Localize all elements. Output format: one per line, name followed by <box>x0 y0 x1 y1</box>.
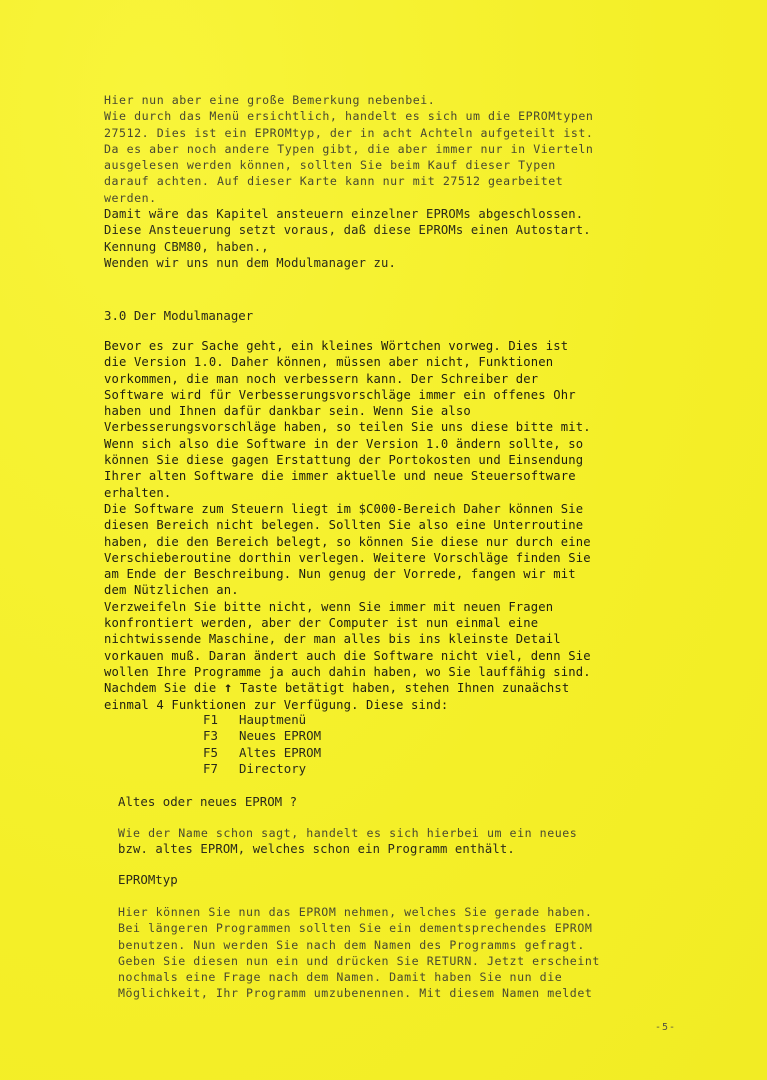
function-key-item: F7Directory <box>203 761 321 777</box>
text-line: Wenden wir uns nun dem Modulmanager zu. <box>104 255 593 271</box>
function-key-description: Directory <box>239 761 306 776</box>
text-line: am Ende der Beschreibung. Nun genug der … <box>104 566 591 582</box>
text-line: 27512. Dies ist ein EPROMtyp, der in ach… <box>104 125 593 141</box>
function-key-label: F1 <box>203 712 239 728</box>
text-line: können Sie diese gagen Erstattung der Po… <box>104 452 591 468</box>
text-line: Hier nun aber eine große Bemerkung neben… <box>104 92 593 108</box>
text-line: vorkauen muß. Daran ändert auch die Soft… <box>104 648 591 664</box>
text-line: Möglichkeit, Ihr Programm umzubenennen. … <box>118 985 600 1001</box>
function-key-label: F7 <box>203 761 239 777</box>
text-line: haben, die den Bereich belegt, so können… <box>104 534 591 550</box>
function-key-item: F5Altes EPROM <box>203 745 321 761</box>
text-line: Hier können Sie nun das EPROM nehmen, we… <box>118 904 600 920</box>
page-number: -5- <box>655 1022 676 1033</box>
text-line: einmal 4 Funktionen zur Verfügung. Diese… <box>104 697 591 713</box>
text-line: erhalten. <box>104 485 591 501</box>
text-line: Die Software zum Steuern liegt im $C000-… <box>104 501 591 517</box>
subsection-heading: EPROMtyp <box>118 872 178 888</box>
text-line: konfrontiert werden, aber der Computer i… <box>104 615 591 631</box>
text-line: wollen Ihre Programme ja auch dahin habe… <box>104 664 591 680</box>
text-line: Kennung CBM80, haben., <box>104 239 593 255</box>
text-line: Wenn sich also die Software in der Versi… <box>104 436 591 452</box>
function-key-item: F1Hauptmenü <box>203 712 321 728</box>
text-line: Verzweifeln Sie bitte nicht, wenn Sie im… <box>104 599 591 615</box>
text-line: Verschieberoutine dorthin verlegen. Weit… <box>104 550 591 566</box>
text-line: bzw. altes EPROM, welches schon ein Prog… <box>118 841 577 857</box>
text-line: dem Nützlichen an. <box>104 582 591 598</box>
text-line: Ihrer alten Software die immer aktuelle … <box>104 468 591 484</box>
text-line: werden. <box>104 190 593 206</box>
section-body: Bevor es zur Sache geht, ein kleines Wör… <box>104 338 591 713</box>
text-line: Geben Sie diesen nun ein und drücken Sie… <box>118 953 600 969</box>
subsection-body: Hier können Sie nun das EPROM nehmen, we… <box>118 904 600 1002</box>
text-line-with-arrow: Nachdem Sie die ↑ Taste betätigt haben, … <box>104 680 591 696</box>
text-line: Diese Ansteuerung setzt voraus, daß dies… <box>104 222 593 238</box>
text-line: Software wird für Verbesserungsvorschläg… <box>104 387 591 403</box>
text-line: darauf achten. Auf dieser Karte kann nur… <box>104 173 593 189</box>
text-line: vorkommen, die man noch verbessern kann.… <box>104 371 591 387</box>
text-line: Wie der Name schon sagt, handelt es sich… <box>118 825 577 841</box>
section-heading: 3.0 Der Modulmanager <box>104 308 253 324</box>
text-line: Bevor es zur Sache geht, ein kleines Wör… <box>104 338 591 354</box>
text-line: Bei längeren Programmen sollten Sie ein … <box>118 920 600 936</box>
text-line: Da es aber noch andere Typen gibt, die a… <box>104 141 593 157</box>
text-line: Damit wäre das Kapitel ansteuern einzeln… <box>104 206 593 222</box>
text-line: Verbesserungsvorschläge haben, so teilen… <box>104 419 591 435</box>
text-line: ausgelesen werden können, sollten Sie be… <box>104 157 593 173</box>
text-line: Wie durch das Menü ersichtlich, handelt … <box>104 108 593 124</box>
function-key-list: F1Hauptmenü F3Neues EPROM F5Altes EPROM … <box>203 712 321 777</box>
text-line: haben und Ihnen dafür dankbar sein. Wenn… <box>104 403 591 419</box>
text-line: die Version 1.0. Daher können, müssen ab… <box>104 354 591 370</box>
function-key-description: Neues EPROM <box>239 728 321 743</box>
intro-paragraph: Hier nun aber eine große Bemerkung neben… <box>104 92 593 271</box>
text-line: nochmals eine Frage nach dem Namen. Dami… <box>118 969 600 985</box>
function-key-item: F3Neues EPROM <box>203 728 321 744</box>
text-line: benutzen. Nun werden Sie nach dem Namen … <box>118 937 600 953</box>
subsection-heading: Altes oder neues EPROM ? <box>118 794 297 810</box>
function-key-label: F3 <box>203 728 239 744</box>
text-line: diesen Bereich nicht belegen. Sollten Si… <box>104 517 591 533</box>
function-key-description: Hauptmenü <box>239 712 306 727</box>
text-line: nichtwissende Maschine, der man alles bi… <box>104 631 591 647</box>
text-fragment: Taste betätigt haben, stehen Ihnen zunaä… <box>232 681 569 695</box>
subsection-body: Wie der Name schon sagt, handelt es sich… <box>118 825 577 858</box>
function-key-label: F5 <box>203 745 239 761</box>
text-fragment: Nachdem Sie die <box>104 681 224 695</box>
function-key-description: Altes EPROM <box>239 745 321 760</box>
